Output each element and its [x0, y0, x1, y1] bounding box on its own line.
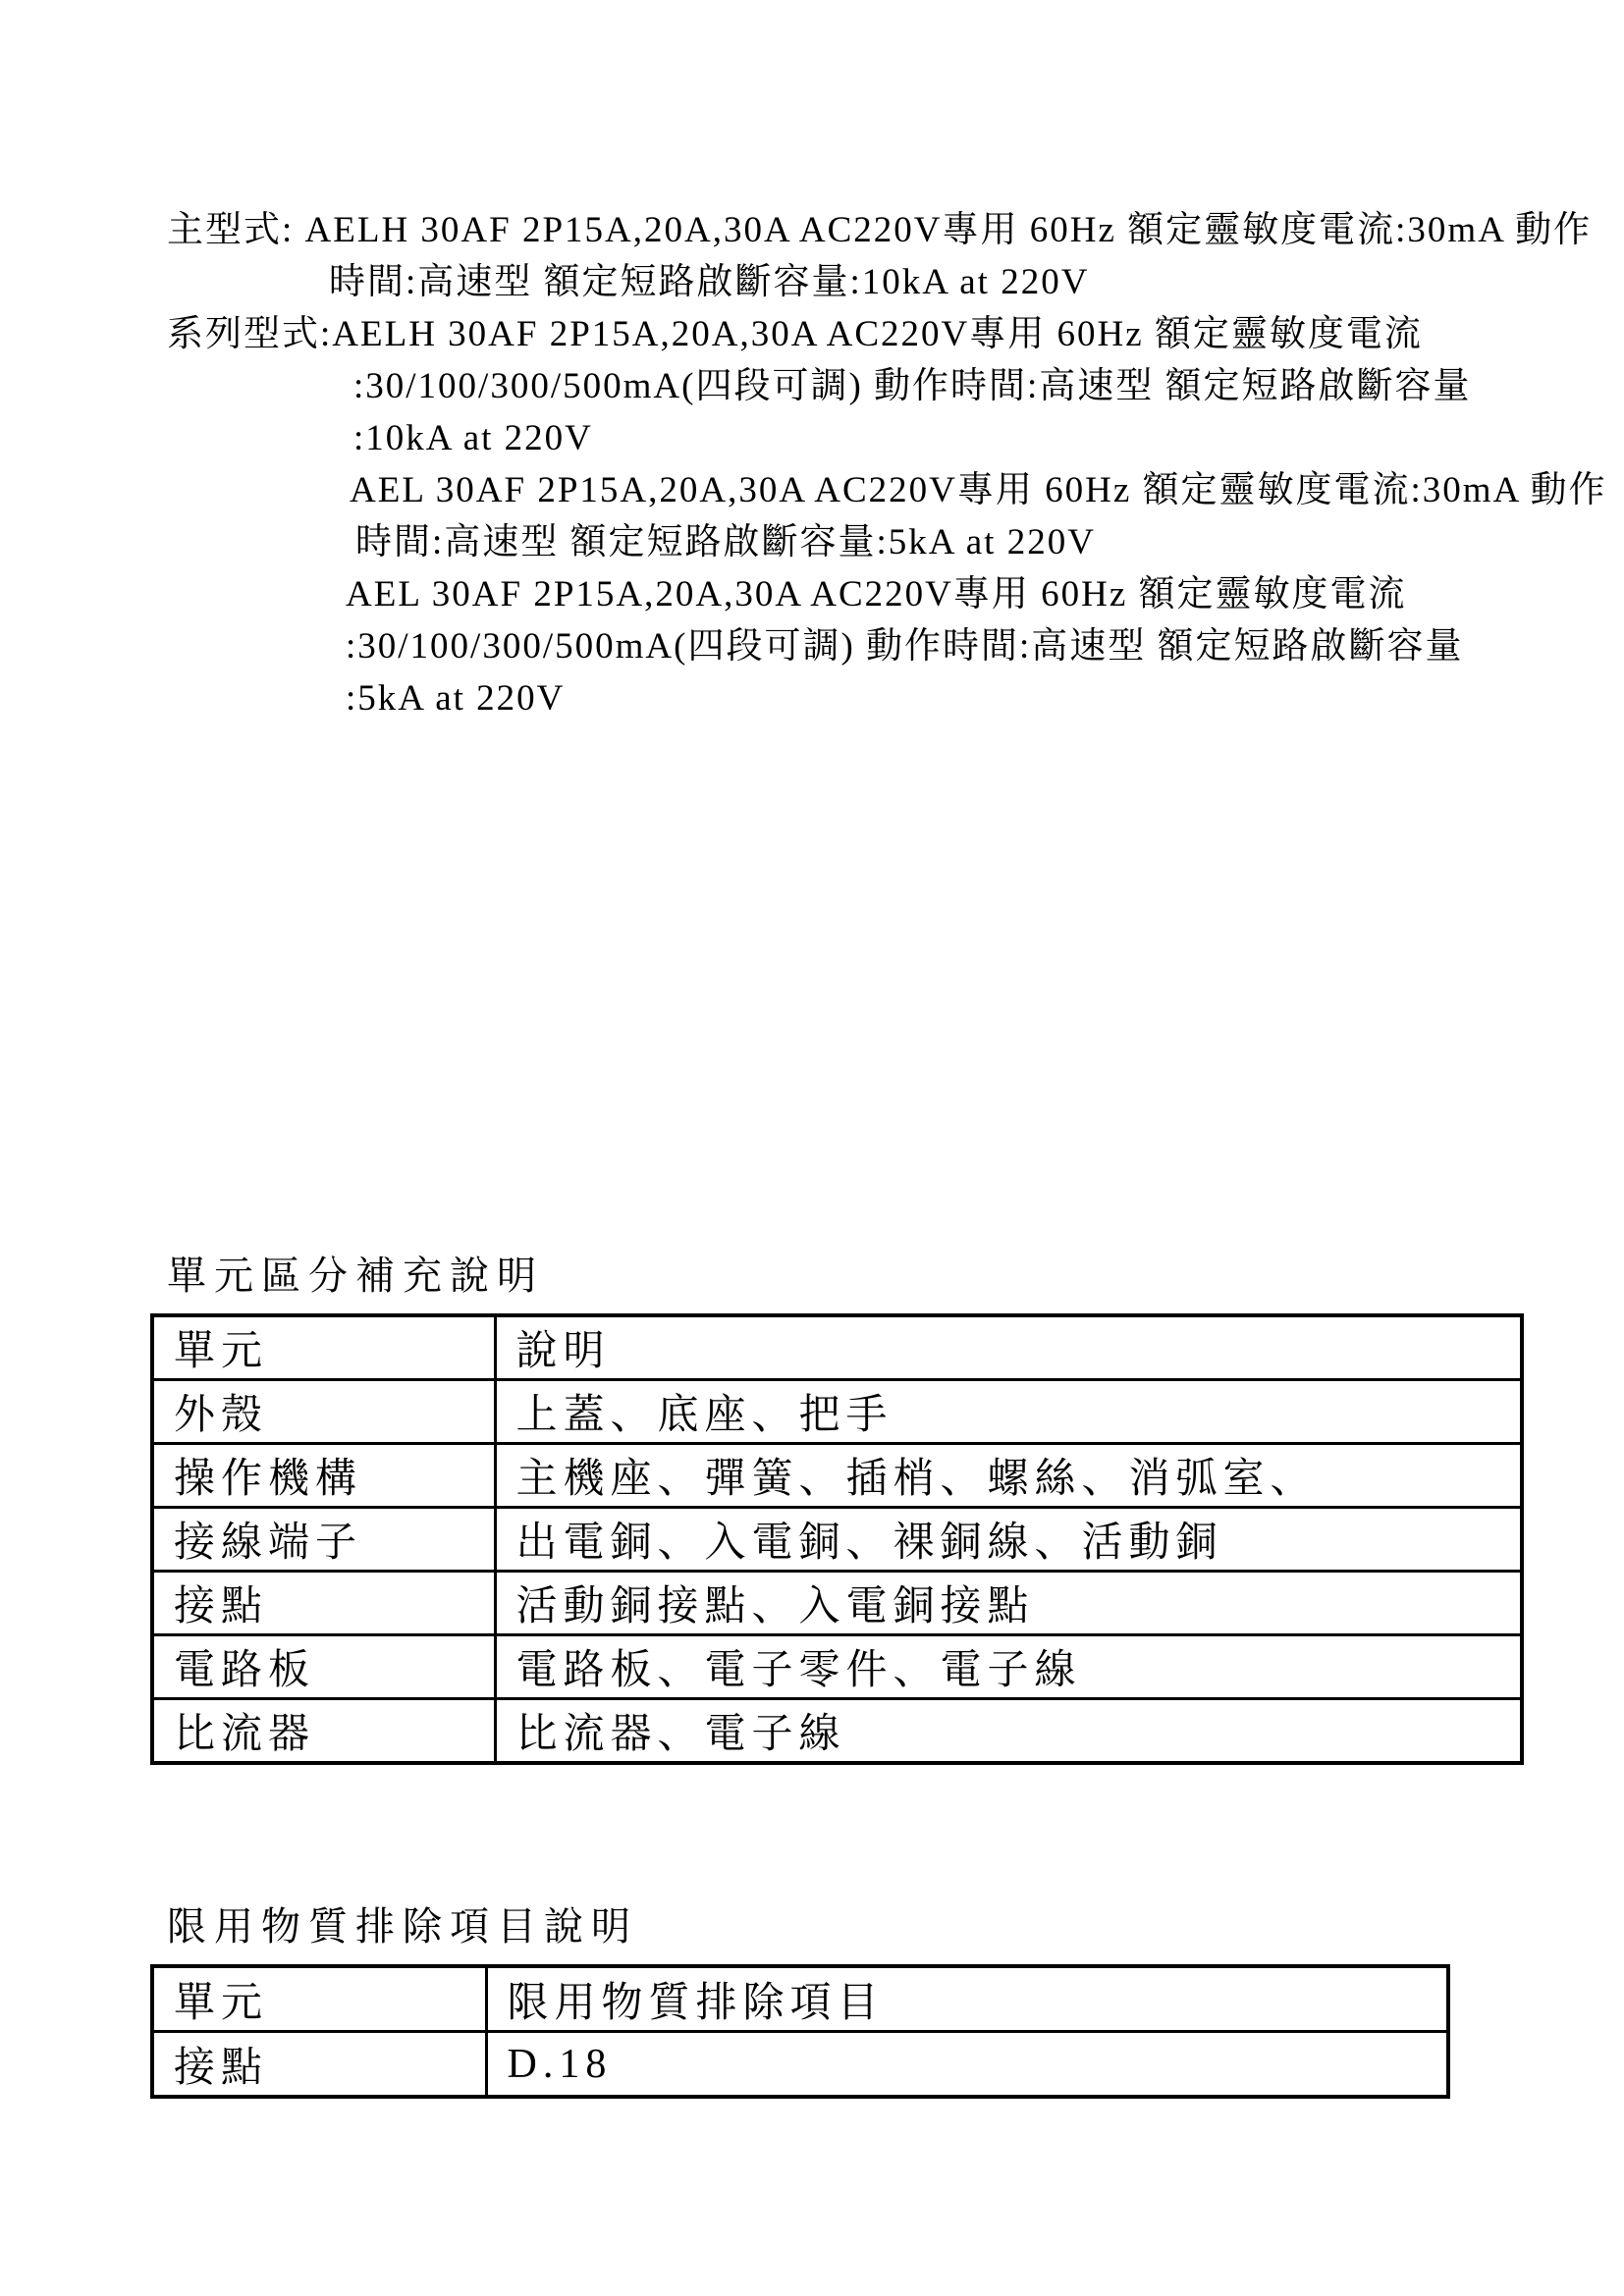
table-cell-unit: 電路板 [152, 1635, 495, 1699]
spec-line-series-type-4: AEL 30AF 2P15A,20A,30A AC220V專用 60Hz 額定靈… [0, 464, 1624, 516]
unit-table-header-cell-unit: 單元 [152, 1315, 495, 1380]
table-cell-description: 主機座、彈簧、插梢、螺絲、消弧室、 [495, 1444, 1522, 1508]
table-cell-description: 上蓋、底座、把手 [495, 1380, 1522, 1444]
unit-table-header-cell-description: 說明 [495, 1315, 1522, 1380]
unit-table-row-current-transformer: 比流器 比流器、電子線 [152, 1699, 1522, 1764]
unit-table-header-row: 單元 說明 [152, 1315, 1522, 1380]
exclusion-table: 單元 限用物質排除項目 接點 D.18 [150, 1964, 1450, 2099]
spec-line-series-type-2: :30/100/300/500mA(四段可調) 動作時間:高速型 額定短路啟斷容… [0, 360, 1624, 412]
unit-table-row-housing: 外殼 上蓋、底座、把手 [152, 1380, 1522, 1444]
exclusion-table-header-cell-item: 限用物質排除項目 [486, 1966, 1448, 2032]
table-cell-unit: 外殼 [152, 1380, 495, 1444]
exclusion-table-header-row: 單元 限用物質排除項目 [152, 1966, 1448, 2032]
spec-line-series-type-6: AEL 30AF 2P15A,20A,30A AC220V專用 60Hz 額定靈… [0, 568, 1624, 620]
spec-line-series-type-7: :30/100/300/500mA(四段可調) 動作時間:高速型 額定短路啟斷容… [0, 620, 1624, 672]
table-cell-unit: 比流器 [152, 1699, 495, 1764]
table-cell-description: 活動銅接點、入電銅接點 [495, 1572, 1522, 1635]
table-cell-unit: 操作機構 [152, 1444, 495, 1508]
unit-table-row-circuit-board: 電路板 電路板、電子零件、電子線 [152, 1635, 1522, 1699]
table-cell-description: 出電銅、入電銅、裸銅線、活動銅 [495, 1508, 1522, 1572]
unit-table-title: 單元區分補充說明 [167, 1254, 544, 1299]
spec-text-block: 主型式: AELH 30AF 2P15A,20A,30A AC220V專用 60… [0, 204, 1624, 724]
unit-table-row-mechanism: 操作機構 主機座、彈簧、插梢、螺絲、消弧室、 [152, 1444, 1522, 1508]
spec-line-series-type-8: :5kA at 220V [0, 672, 1624, 724]
spec-line-series-type-1: 系列型式:AELH 30AF 2P15A,20A,30A AC220V專用 60… [0, 308, 1624, 360]
table-cell-unit: 接點 [152, 2032, 486, 2098]
unit-table-row-contact: 接點 活動銅接點、入電銅接點 [152, 1572, 1522, 1635]
exclusion-table-header-cell-unit: 單元 [152, 1966, 486, 2032]
spec-line-series-type-3: :10kA at 220V [0, 412, 1624, 464]
table-cell-description: 電路板、電子零件、電子線 [495, 1635, 1522, 1699]
table-cell-unit: 接線端子 [152, 1508, 495, 1572]
table-cell-item: D.18 [486, 2032, 1448, 2098]
spec-line-series-type-5: 時間:高速型 額定短路啟斷容量:5kA at 220V [0, 516, 1624, 568]
table-cell-unit: 接點 [152, 1572, 495, 1635]
unit-table-row-terminal: 接線端子 出電銅、入電銅、裸銅線、活動銅 [152, 1508, 1522, 1572]
document-page: 主型式: AELH 30AF 2P15A,20A,30A AC220V專用 60… [0, 0, 1624, 2296]
unit-table: 單元 說明 外殼 上蓋、底座、把手 操作機構 主機座、彈簧、插梢、螺絲、消弧室、… [150, 1313, 1524, 1765]
spec-line-main-type-2: 時間:高速型 額定短路啟斷容量:10kA at 220V [0, 256, 1624, 308]
exclusion-table-title: 限用物質排除項目說明 [167, 1904, 638, 1949]
table-cell-description: 比流器、電子線 [495, 1699, 1522, 1764]
spec-line-main-type-1: 主型式: AELH 30AF 2P15A,20A,30A AC220V專用 60… [0, 204, 1624, 256]
exclusion-table-row-contact: 接點 D.18 [152, 2032, 1448, 2098]
